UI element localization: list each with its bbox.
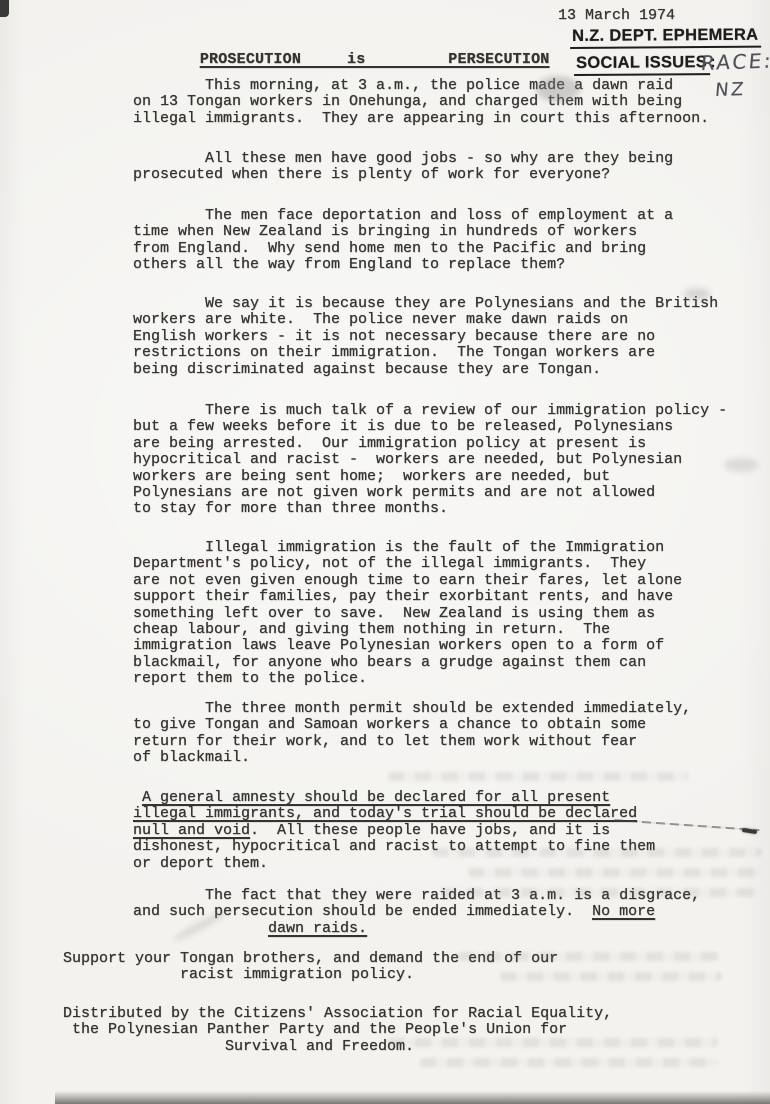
ghost-text-artifact bbox=[420, 1058, 718, 1067]
ghost-text-artifact bbox=[500, 972, 722, 981]
archive-stamp-category: SOCIAL ISSUES: bbox=[576, 53, 716, 76]
ghost-text-artifact bbox=[432, 848, 762, 857]
stain-artifact bbox=[724, 458, 758, 472]
amnesty-indent bbox=[133, 789, 142, 806]
paragraph-dawn-raid: This morning, at 3 a.m., the police made… bbox=[133, 78, 709, 127]
ghost-text-artifact bbox=[468, 868, 760, 877]
corner-mark-artifact bbox=[0, 0, 9, 17]
archive-stamp-dept: N.Z. DEPT. EPHEMERA bbox=[572, 26, 761, 49]
no-more-underline: No more bbox=[592, 903, 655, 920]
dawn-raids-underline: dawn raids. bbox=[268, 920, 367, 937]
typed-date: 13 March 1974 bbox=[558, 8, 675, 24]
paragraph-amnesty: A general amnesty should be declared for… bbox=[133, 790, 655, 872]
ghost-text-artifact bbox=[388, 772, 688, 781]
scanned-flyer-page: 13 March 1974 N.Z. DEPT. EPHEMERA SOCIAL… bbox=[0, 0, 770, 1104]
paragraph-good-jobs: All these men have good jobs - so why ar… bbox=[133, 151, 673, 184]
paragraph-immigration-department: Illegal immigration is the fault of the … bbox=[133, 540, 682, 688]
document-title-text: PROSECUTION is PERSECUTION bbox=[200, 51, 550, 68]
scan-edge-shadow bbox=[55, 1091, 770, 1104]
distribution-credit: Distributed by the Citizens' Association… bbox=[63, 1006, 612, 1055]
archive-stamp-dept-text: N.Z. DEPT. EPHEMERA bbox=[570, 26, 761, 49]
ghost-text-artifact bbox=[388, 1038, 718, 1047]
paragraph-immigration-policy: There is much talk of a review of our im… bbox=[133, 403, 727, 518]
stain-artifact bbox=[536, 76, 580, 102]
paragraph-deportation: The men face deportation and loss of emp… bbox=[133, 208, 673, 274]
paragraph-three-month-permit: The three month permit should be extende… bbox=[133, 701, 691, 767]
ghost-text-artifact bbox=[440, 888, 758, 897]
ghost-text-artifact bbox=[458, 952, 720, 961]
handwritten-nz-annotation: NZ bbox=[714, 79, 747, 101]
stain-artifact bbox=[684, 288, 710, 300]
archive-stamp-category-text: SOCIAL ISSUES bbox=[574, 53, 710, 76]
paragraph-discrimination: We say it is because they are Polynesian… bbox=[133, 296, 718, 378]
handwritten-race-annotation: RACE: bbox=[700, 48, 770, 75]
